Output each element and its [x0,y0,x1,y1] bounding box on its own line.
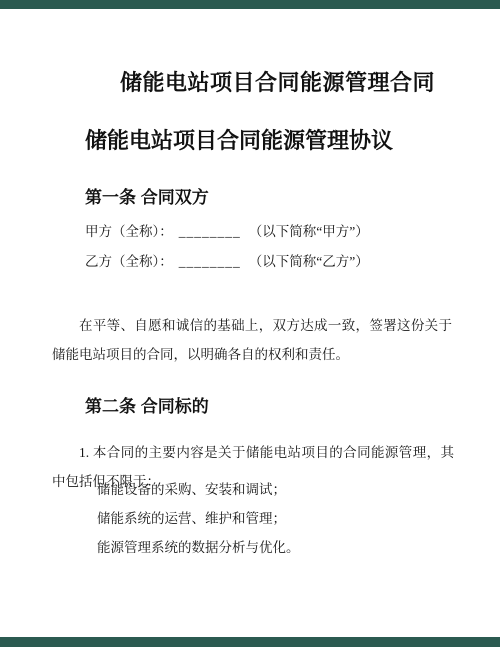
party-b-short-name: （以下简称“乙方”） [249,254,369,269]
party-b-fill-in-blank: ________ [179,247,241,276]
contract-scope-list: 储能设备的采购、安装和调试； 储能系统的运营、维护和管理； 能源管理系统的数据分… [97,475,300,562]
party-b-label: 乙方（全称）： [85,254,173,269]
list-item: 储能系统的运营、维护和管理； [97,504,300,533]
party-a-fill-in-blank: ________ [179,217,241,246]
list-item: 储能设备的采购、安装和调试； [97,475,300,504]
bottom-accent-bar [0,637,500,647]
list-item: 能源管理系统的数据分析与优化。 [97,533,300,562]
party-a-short-name: （以下简称“甲方”） [249,224,369,239]
document-title: 储能电站项目合同能源管理合同 [120,70,435,96]
document-subtitle: 储能电站项目合同能源管理协议 [85,128,393,154]
contract-document-page: 储能电站项目合同能源管理合同 储能电站项目合同能源管理协议 第一条 合同双方 甲… [0,0,500,647]
party-b-line: 乙方（全称）：________（以下简称“乙方”） [85,247,369,276]
article-1-heading: 第一条 合同双方 [85,188,209,208]
party-a-label: 甲方（全称）： [85,224,173,239]
agreement-intro-paragraph: 在平等、自愿和诚信的基础上，双方达成一致，签署这份关于储能电站项目的合同，以明确… [52,311,452,369]
party-a-line: 甲方（全称）：________（以下简称“甲方”） [85,217,369,246]
top-accent-bar [0,0,500,9]
article-2-heading: 第二条 合同标的 [85,397,209,417]
